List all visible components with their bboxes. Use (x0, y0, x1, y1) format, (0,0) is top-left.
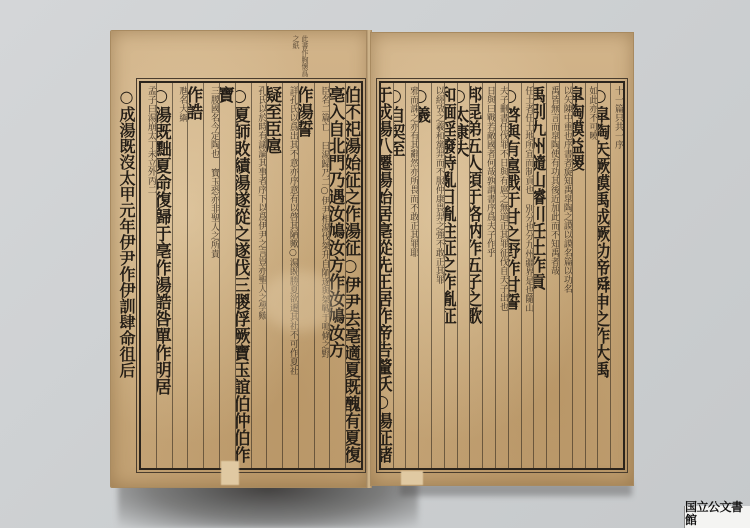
left-text-frame: 伯不祀湯始征之作湯征○伊尹去亳適夏既醜有夏復歸于亳入自北門乃遇汝鳩汝方作汝鳩汝方… (139, 81, 363, 470)
paper-tear (221, 461, 239, 485)
outside-column-text: ○成湯既沒太甲元年伊尹作伊訓肆命徂后 (117, 87, 135, 467)
text-column: 日與曰戰若敵國者何哉孰謂書序爲夫子作乎 (482, 83, 495, 468)
text-column: 夫子刪書任伐罪不日與有扈之無道正其罪征伐自天子出也 (495, 83, 508, 468)
right-columns: 十一篇只共一序○皐陶矢厥謨禹成厥功帝舜申之作大禹如此亦不可曉皐陶謨益稷以矢陳中重… (381, 83, 623, 468)
text-column: 亳入自北門乃遇汝鳩汝方作汝鳩汝方 (329, 83, 345, 468)
text-column: 和湎淫廢時亂日胤往征之作胤征 (444, 83, 457, 468)
text-column: 虺名大綱 (172, 83, 188, 468)
text-column: 十一篇只共一序 (610, 83, 623, 468)
text-column: 禹皆無言而皐陶使有功其後近加此而不知禹者哉 (546, 83, 559, 468)
archive-watermark: 国立公文書館 National Archives of Japan (684, 506, 750, 528)
text-column: 孔氏以於時有議論其事者序下以爲伊尹之言豈亦聖人之學歟 (251, 83, 267, 468)
text-column: ○自契至 (393, 83, 406, 468)
text-column: ○皐陶矢厥謨禹成厥功帝舜申之作大禹 (597, 83, 610, 468)
text-column: 如此亦不可曉 (585, 83, 598, 468)
text-column: 伯不祀湯始征之作湯征○伊尹去亳適夏既醜有夏復歸于 (345, 83, 361, 468)
text-column: ○羲 (418, 83, 431, 468)
text-column: 皐陶謨益稷 (572, 83, 585, 468)
text-column: 禹別九州隨山濬川任土作貢 (533, 83, 546, 468)
text-column: ○太康失 (457, 83, 470, 468)
paper-tear (401, 471, 423, 485)
right-page: 十一篇只共一序○皐陶矢厥謨禹成厥功帝舜申之作大禹如此亦不可曉皐陶謨益稷以矢陳中重… (370, 32, 634, 486)
text-column: ○啓與有扈戰于甘之野作甘誓 (508, 83, 521, 468)
text-column: 以矢陳中重也序書者旋知禹皐陶之謨以謨名篇以功名 (559, 83, 572, 468)
text-column: ○夏師敗績湯遂從之遂伐三朡俘厥寶玉誼伯仲伯作典 (235, 83, 251, 468)
text-column: 于成湯八遷湯始居亳從先王居作帝告釐沃○湯征諸侯葛 (381, 83, 393, 468)
open-book: 此書作胸懷爲之紙 ○成湯既沒太甲元年伊尹作伊訓肆命徂后 伯不祀湯始征之作湯征○伊… (108, 30, 634, 488)
text-column: 孟子曰湯崩太丁未立外丙二 (141, 83, 156, 468)
text-column: ○湯既黜夏命復歸于亳作湯誥咎單作明居 (156, 83, 172, 468)
text-column: 任土者任土地所宜而制貢也 別分也分九州疆界是也隨山 (521, 83, 534, 468)
paper-stain (261, 271, 341, 331)
text-column: 寶 (219, 83, 235, 468)
left-columns: 伯不祀湯始征之作湯征○伊尹去亳適夏既醜有夏復歸于亳入自北門乃遇汝鳩汝方作汝鳩汝方… (141, 83, 361, 468)
text-column: 邪而誅之亦有其辭然亦所畏而不敢正其罪耶 (405, 83, 418, 468)
margin-note: 此書作胸懷爲之紙 (287, 35, 309, 77)
right-text-frame: 十一篇只共一序○皐陶矢厥謨禹成厥功帝舜申之作大禹如此亦不可曉皐陶謨益稷以矢陳中重… (379, 81, 625, 470)
text-column: 三朡國名今定陶也 寶玉恐亦非聖人之所貴 (203, 83, 219, 468)
watermark-title-jp: 国立公文書館 (685, 501, 750, 527)
text-column: 以經攷之羲和黨羿而不服仲康畏羿之強不敢正其罪 (431, 83, 444, 468)
text-column: 邦昆弟五人須于洛汭作五子之歌 (469, 83, 482, 468)
left-page: 此書作胸懷爲之紙 ○成湯既沒太甲元年伊尹作伊訓肆命徂后 伯不祀湯始征之作湯征○伊… (110, 30, 370, 488)
text-column: 作誥 (187, 83, 203, 468)
